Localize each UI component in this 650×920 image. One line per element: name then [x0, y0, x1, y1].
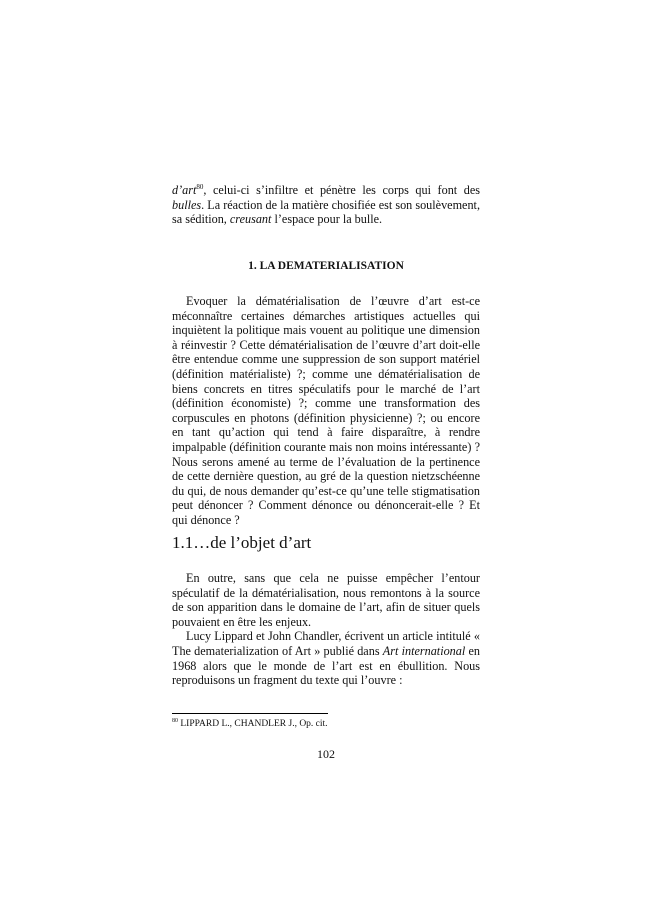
paragraph-2: En outre, sans que cela ne puisse empêch… — [172, 571, 480, 688]
section-heading: 1. LA DEMATERIALISATION — [172, 260, 480, 272]
intro-paragraph: d’art80, celui-ci s’infiltre et pénètre … — [172, 183, 480, 227]
subsection-heading: 1.1…de l’objet d’art — [172, 533, 311, 553]
paragraph-1: Evoquer la dématérialisation de l’œuvre … — [172, 294, 480, 528]
paragraph-3: Lucy Lippard et John Chandler, écrivent … — [172, 629, 480, 687]
footnote-divider — [172, 713, 328, 714]
footnote: 80 LIPPARD L., CHANDLER J., Op. cit. — [172, 719, 328, 729]
page-number: 102 — [172, 747, 480, 762]
intro-lead-italic: d’art — [172, 183, 196, 197]
